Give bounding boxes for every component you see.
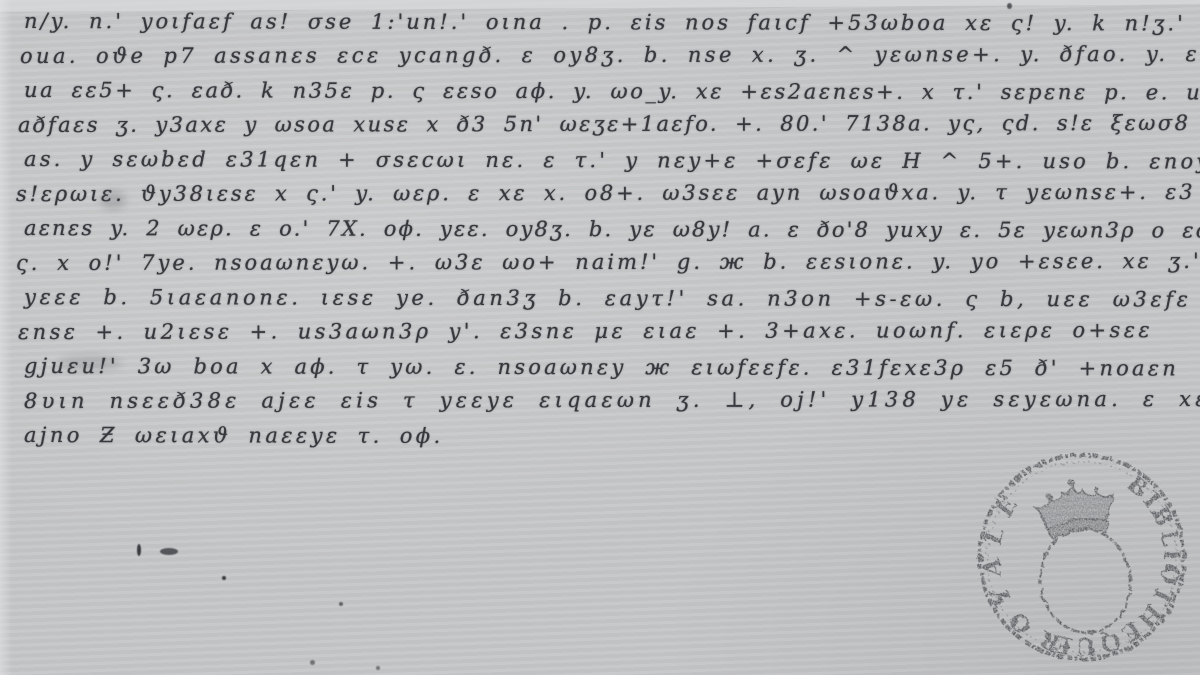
cipher-line: as. y sεωbεd ε31qεn + σsεcωι nε. ε τ.' y… bbox=[24, 142, 1200, 179]
ink-smudge bbox=[100, 190, 126, 210]
ink-speck bbox=[137, 544, 141, 556]
ink-speck bbox=[160, 548, 178, 555]
ink-speck bbox=[1007, 3, 1012, 9]
cipher-line: εnsε +. u2ιεsε +. us3aωn3ρ y'. ε3snε με … bbox=[18, 312, 1200, 349]
manuscript-page: n/y. n.' yoιfaεf as! σse 1:'un!.' oιna .… bbox=[0, 0, 1200, 675]
ink-speck bbox=[222, 576, 226, 580]
stamp-center-oval bbox=[1034, 523, 1138, 639]
cipher-line: n/y. n.' yoιfaεf as! σse 1:'un!.' oιna .… bbox=[24, 4, 1200, 41]
cipher-line: yεεε b. 5ιaεanonε. ιεsε ye. ðan3ʒ b. εay… bbox=[24, 280, 1200, 317]
cipher-line: 8υιn nsεεð38ε ajεε εis τ yεεyε ειqaεωn ʒ… bbox=[24, 381, 1200, 418]
ink-speck bbox=[310, 660, 315, 665]
cipher-line: ua εε5+ ς. εað. k n35ε p. ς εεso aϕ. y. … bbox=[24, 73, 1200, 110]
library-stamp: BIBLIOTHEQUE ROYALE bbox=[967, 442, 1197, 672]
ink-speck bbox=[376, 666, 380, 670]
cipher-line: ς. x o!' 7ye. nsoaωnεyω. +. ω3ε ωo+ naim… bbox=[16, 243, 1200, 280]
cipher-line: oua. oϑe p7 assanεs εcε ycangð. ε oy8ʒ. … bbox=[20, 36, 1200, 73]
cipher-text-block: n/y. n.' yoιfaεf as! σse 1:'un!.' oιna .… bbox=[0, 4, 1200, 453]
ink-smudge bbox=[58, 355, 122, 371]
cipher-line: aεnεs y. 2 ωερ. ε o.' 7X. oϕ. yεε. oy8ʒ.… bbox=[24, 211, 1200, 248]
cipher-line: aðfaεs ʒ. y3axε y ωsoa xusε x ð3 5n' ωεʒ… bbox=[18, 105, 1200, 142]
cipher-line: s!ερωιε. ϑy38ιεsε x ς.' y. ωερ. ε xε x. … bbox=[16, 174, 1200, 211]
crown-icon bbox=[1032, 475, 1119, 541]
ink-speck bbox=[339, 602, 343, 606]
cipher-line: gjuεu!' 3ω boa x aϕ. τ yω. ε. nsoaωnεy ж… bbox=[24, 349, 1200, 386]
